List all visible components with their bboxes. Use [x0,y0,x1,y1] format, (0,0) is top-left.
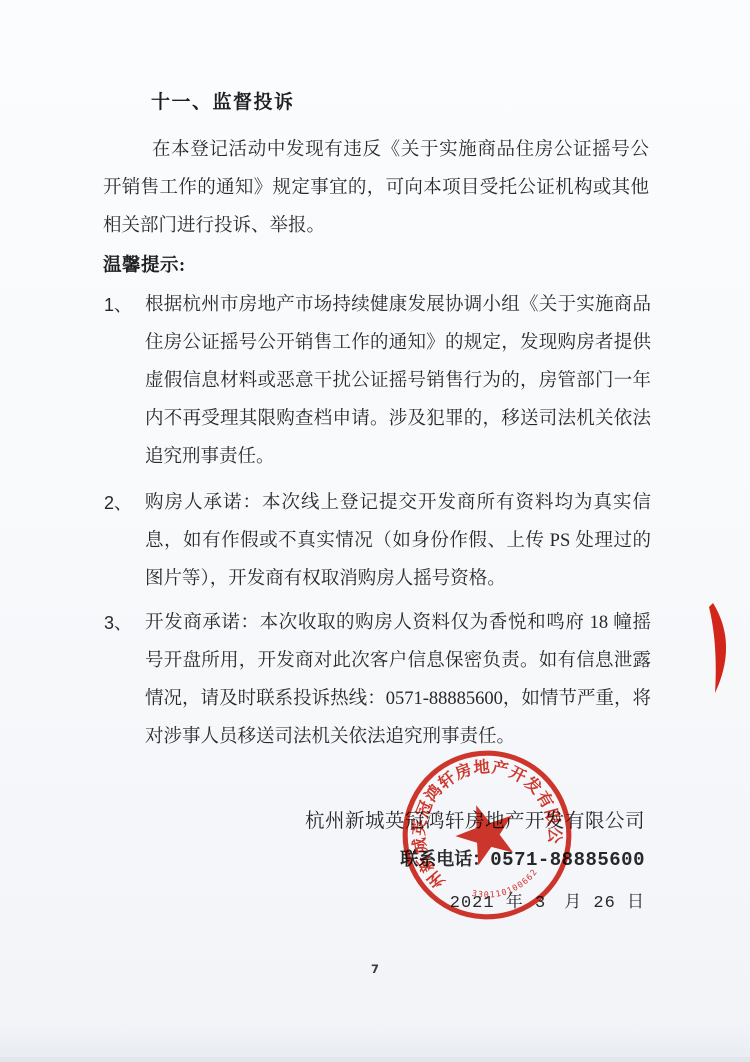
tips-label: 温馨提示: [103,251,186,277]
notice-item-2: 2、 购房人承诺：本次线上登记提交开发商所有资料均为真实信息，如有作假或不真实情… [104,484,651,598]
item-text: 购房人承诺：本次线上登记提交开发商所有资料均为真实信息，如有作假或不真实情况（如… [145,484,651,598]
item-number: 1、 [104,286,145,476]
scanned-document-page: 十一、监督投诉 在本登记活动中发现有违反《关于实施商品住房公证摇号公开销售工作的… [0,0,750,1062]
item-text: 根据杭州市房地产市场持续健康发展协调小组《关于实施商品住房公证摇号公开销售工作的… [145,286,651,476]
item-text: 开发商承诺：本次收取的购房人资料仅为香悦和鸣府 18 幢摇号开盘所用，开发商对此… [145,604,651,756]
page-number: 7 [0,962,750,976]
notice-item-3: 3、 开发商承诺：本次收取的购房人资料仅为香悦和鸣府 18 幢摇号开盘所用，开发… [104,604,651,756]
seal-group: 杭州新城英冠鸿轩房地产开发有限公司 330110100662 [394,742,580,928]
intro-paragraph: 在本登记活动中发现有违反《关于实施商品住房公证摇号公开销售工作的通知》规定事宜的… [103,131,649,245]
seal-star-icon [448,795,524,869]
item-number: 3、 [104,604,145,756]
item-number: 2、 [104,484,145,598]
red-ink-mark-icon [705,601,741,697]
notice-item-1: 1、 根据杭州市房地产市场持续健康发展协调小组《关于实施商品住房公证摇号公开销售… [104,286,651,476]
company-seal-icon: 杭州新城英冠鸿轩房地产开发有限公司 330110100662 [394,742,580,928]
scan-bottom-edge [0,1057,750,1062]
section-heading: 十一、监督投诉 [151,87,295,114]
